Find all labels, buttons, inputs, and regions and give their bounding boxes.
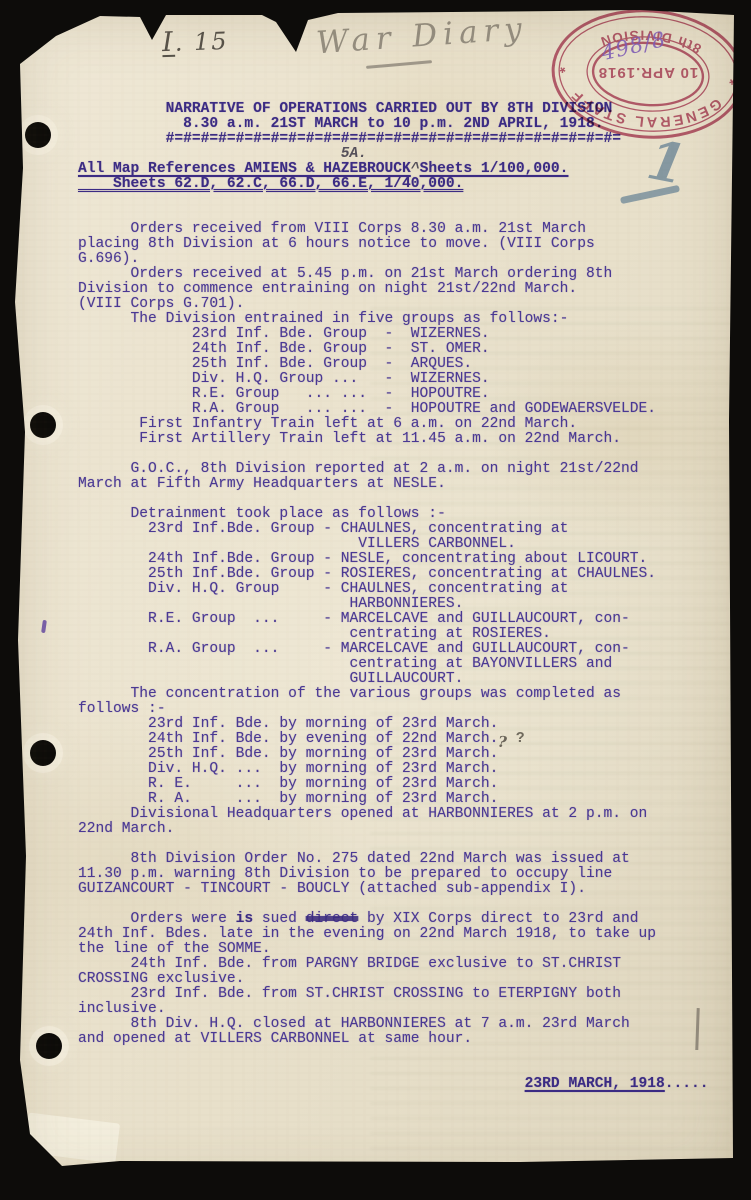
stamp-date-text: 10 APR.1918: [598, 64, 699, 81]
typewritten-line: HARBONNIERES.: [78, 597, 709, 612]
typewritten-line: Div. H.Q. Group ... - WIZERNES.: [78, 372, 709, 387]
typewritten-line: (VIII Corps G.701).: [78, 297, 709, 312]
typewritten-line: First Infantry Train left at 6 a.m. on 2…: [78, 417, 709, 432]
typewritten-line: R.A. Group ... ... - HOPOUTRE and GODEWA…: [78, 402, 709, 417]
scan-backdrop: NARRATIVE OF OPERATIONS CARRIED OUT BY 8…: [0, 0, 751, 1200]
typewritten-line: 8th Div. H.Q. closed at HARBONNIERES at …: [78, 1017, 709, 1032]
typewritten-line: [78, 492, 709, 507]
typewritten-line: March at Fifth Army Headquarters at NESL…: [78, 477, 709, 492]
typewritten-line: [78, 897, 709, 912]
typewritten-line: R. E. ... by morning of 23rd March.: [78, 777, 709, 792]
typewritten-line: 5A.: [78, 147, 709, 162]
typewritten-line: The Division entrained in five groups as…: [78, 312, 709, 327]
typewritten-line: Orders received from VIII Corps 8.30 a.m…: [78, 222, 709, 237]
typewritten-line: 24th Inf. Bde. Group - ST. OMER.: [78, 342, 709, 357]
typewritten-line: Sheets 62.D, 62.C, 66.D, 66.E, 1/40,000.: [78, 177, 709, 192]
punch-hole: [25, 122, 51, 148]
typewritten-line: [78, 837, 709, 852]
typewritten-line: 8th Division Order No. 275 dated 22nd Ma…: [78, 852, 709, 867]
general-staff-date-stamp: GENERAL STAFF 8th DIVISION * * 10 APR.19…: [545, 0, 751, 147]
typewritten-line: centrating at BAYONVILLERS and: [78, 657, 709, 672]
typewritten-line: 23rd Inf. Bde. Group - WIZERNES.: [78, 327, 709, 342]
pencil-query-mark: ?: [497, 733, 507, 752]
typewritten-line: GUILLAUCOURT.: [78, 672, 709, 687]
file-ref-number: . 15: [174, 27, 229, 57]
handwritten-war-diary-label: War Diary: [315, 11, 529, 62]
typewritten-line: R. A. ... by morning of 23rd March.: [78, 792, 709, 807]
typewritten-line: 25th Inf. Bde. by morning of 23rd March.: [78, 747, 709, 762]
stamp-star-left-icon: *: [727, 69, 737, 87]
handwritten-file-reference: I. 15: [161, 25, 229, 58]
typewritten-line: VILLERS CARBONNEL.: [78, 537, 709, 552]
typewritten-line: 24th Inf. Bde. by evening of 22nd March.…: [78, 732, 709, 747]
typewritten-line: 11.30 p.m. warning 8th Division to be pr…: [78, 867, 709, 882]
file-ref-roman: I: [161, 27, 175, 58]
typewritten-line: 23rd Inf. Bde. by morning of 23rd March.: [78, 717, 709, 732]
typewritten-line: [78, 447, 709, 462]
typewritten-line: follows :-: [78, 702, 709, 717]
typewritten-line: Div. H.Q. Group - CHAULNES, concentratin…: [78, 582, 709, 597]
stamp-star-right-icon: *: [558, 57, 568, 75]
typewritten-line: First Artillery Train left at 11.45 a.m.…: [78, 432, 709, 447]
ink-margin-tick: [41, 620, 47, 633]
typewritten-text: NARRATIVE OF OPERATIONS CARRIED OUT BY 8…: [78, 102, 709, 1092]
typewritten-line: R.A. Group ... - MARCELCAVE and GUILLAUC…: [78, 642, 709, 657]
typewritten-line: [78, 207, 709, 222]
typewritten-line: Orders were is sued direct by XIX Corps …: [78, 912, 709, 927]
typewritten-line: Divisional Headquarters opened at HARBON…: [78, 807, 709, 822]
punch-hole: [36, 1033, 62, 1059]
typewritten-line: Division to commence entraining on night…: [78, 282, 709, 297]
typewritten-line: Orders received at 5.45 p.m. on 21st Mar…: [78, 267, 709, 282]
typewritten-line: [78, 1062, 709, 1077]
document-page: NARRATIVE OF OPERATIONS CARRIED OUT BY 8…: [0, 0, 751, 1200]
pencil-underline-stroke: [366, 60, 432, 68]
typewritten-line: GUIZANCOURT - TINCOURT - BOUCLY (attache…: [78, 882, 709, 897]
folded-corner: [24, 1113, 120, 1164]
typewritten-line: CROSSING exclusive.: [78, 972, 709, 987]
typewritten-line: 22nd March.: [78, 822, 709, 837]
typewritten-line: 23rd Inf.Bde. Group - CHAULNES, concentr…: [78, 522, 709, 537]
typewritten-line: All Map References AMIENS & HAZEBROUCK^S…: [78, 162, 709, 177]
typewritten-line: placing 8th Division at 6 hours notice t…: [78, 237, 709, 252]
typewritten-line: G.O.C., 8th Division reported at 2 a.m. …: [78, 462, 709, 477]
punch-hole: [30, 740, 56, 766]
typewritten-line: G.696).: [78, 252, 709, 267]
typewritten-line: 24th Inf.Bde. Group - NESLE, concentrati…: [78, 552, 709, 567]
typewritten-line: [78, 1047, 709, 1062]
typewritten-line: the line of the SOMME.: [78, 942, 709, 957]
typewritten-line: R.E. Group ... - MARCELCAVE and GUILLAUC…: [78, 612, 709, 627]
typewritten-line: inclusive.: [78, 1002, 709, 1017]
typewritten-line: Div. H.Q. ... by morning of 23rd March.: [78, 762, 709, 777]
typewritten-line: and opened at VILLERS CARBONNEL at same …: [78, 1032, 709, 1047]
typewritten-line: The concentration of the various groups …: [78, 687, 709, 702]
typewritten-line: 24th Inf. Bdes. late in the evening on 2…: [78, 927, 709, 942]
typewritten-line: 23rd Inf. Bde. from ST.CHRIST CROSSING t…: [78, 987, 709, 1002]
typewritten-line: R.E. Group ... ... - HOPOUTRE.: [78, 387, 709, 402]
typewritten-line: centrating at ROSIERES.: [78, 627, 709, 642]
typewritten-line: 24th Inf. Bde. from PARGNY BRIDGE exclus…: [78, 957, 709, 972]
typewritten-line: 23RD MARCH, 1918.....: [78, 1077, 709, 1092]
punch-hole: [30, 412, 56, 438]
typewritten-line: [78, 192, 709, 207]
typewritten-line: 25th Inf. Bde. Group - ARQUES.: [78, 357, 709, 372]
typewritten-line: 25th Inf.Bde. Group - ROSIERES, concentr…: [78, 567, 709, 582]
typewritten-line: Detrainment took place as follows :-: [78, 507, 709, 522]
